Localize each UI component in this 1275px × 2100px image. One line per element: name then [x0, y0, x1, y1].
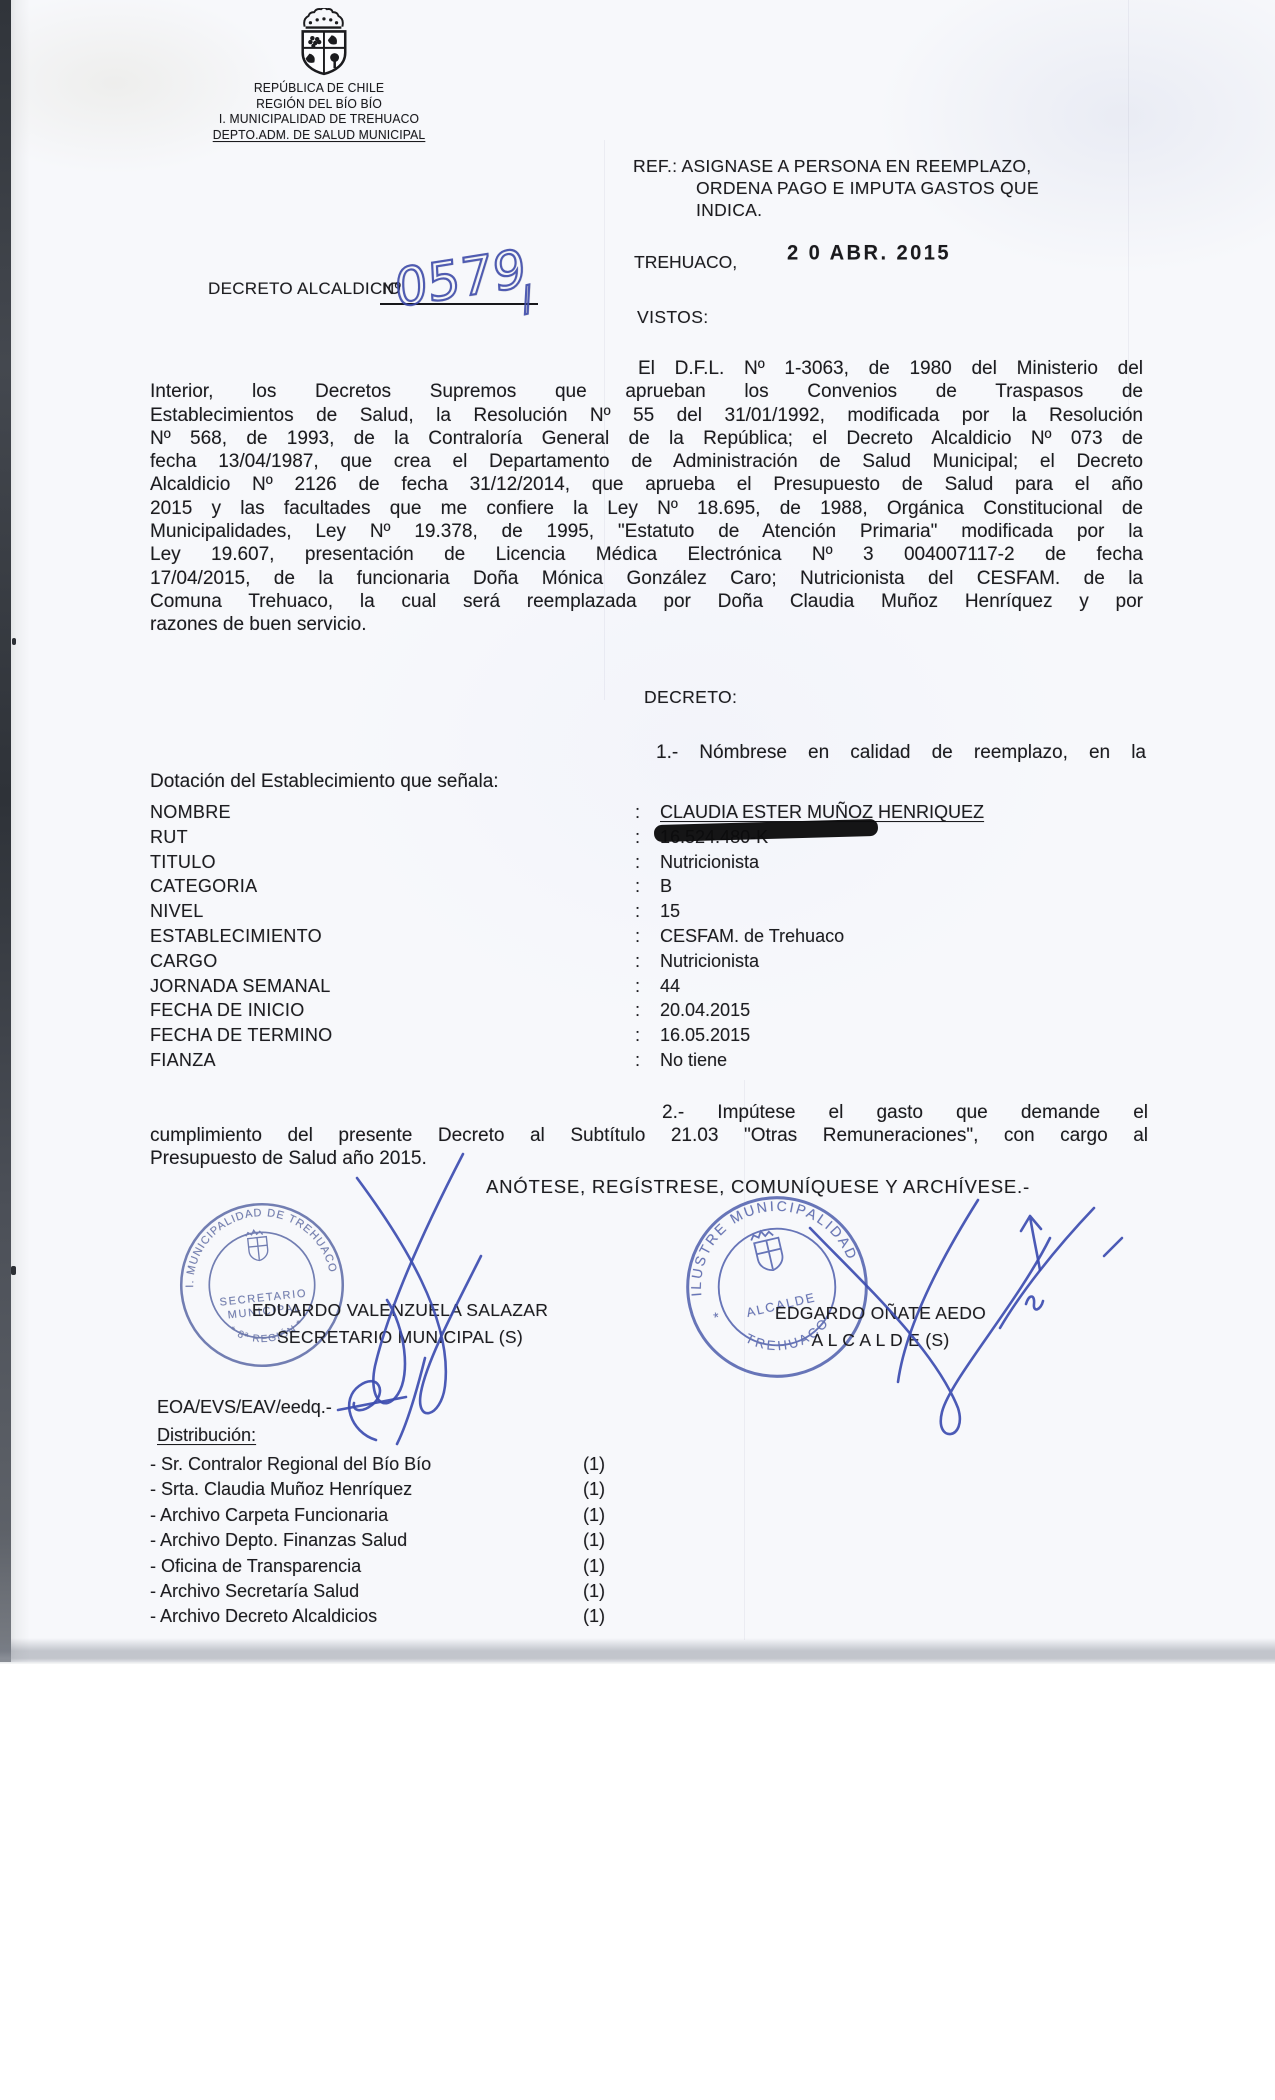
vistos-line: fecha 13/04/1987, que crea el Departamen… — [150, 450, 1143, 473]
table-row: CATEGORIA : B — [150, 874, 1050, 899]
reference-line-2: ORDENA PAGO E IMPUTA GASTOS QUE — [696, 178, 1039, 199]
table-row: ESTABLECIMIENTO : CESFAM. de Trehuaco — [150, 924, 1050, 949]
vistos-line: 17/04/2015, de la funcionaria Doña Mónic… — [150, 567, 1143, 590]
distribution-title: Distribución: — [157, 1425, 256, 1446]
date-stamp: 2 0 ABR. 2015 — [787, 241, 951, 266]
reference-line-3: INDICA. — [696, 200, 762, 221]
vistos-line: 2015 y las facultades que me confiere la… — [150, 497, 1143, 520]
point2-line: cumplimiento del presente Decreto al Sub… — [150, 1124, 1148, 1147]
svg-text:0579: 0579 — [393, 239, 527, 320]
scan-left-edge — [0, 0, 11, 1662]
scan-speck — [11, 1266, 16, 1275]
reference-line-1: REF.: ASIGNASE A PERSONA EN REEMPLAZO, — [633, 156, 1031, 177]
list-item: - Oficina de Transparencia (1) — [150, 1554, 605, 1579]
vistos-paragraph: El D.F.L. Nº 1-3063, de 1980 del Ministe… — [150, 357, 1143, 637]
signature-scribble-initials — [328, 1374, 413, 1449]
point1-line: Dotación del Establecimiento que señala: — [150, 768, 1146, 797]
vistos-label: VISTOS: — [637, 307, 709, 328]
list-item: - Archivo Secretaría Salud (1) — [150, 1579, 605, 1604]
vistos-line: Ley 19.607, presentación de Licencia Méd… — [150, 543, 1143, 566]
assignment-table: NOMBRE : CLAUDIA ESTER MUÑOZ HENRIQUEZ R… — [150, 800, 1050, 1073]
municipal-crest-icon — [294, 8, 352, 80]
table-row: FIANZA : No tiene — [150, 1048, 1050, 1073]
decree-point-1: 1.- Nómbrese en calidad de reemplazo, en… — [150, 739, 1146, 796]
list-item: - Archivo Decreto Alcaldicios (1) — [150, 1604, 605, 1629]
vistos-line: Municipalidades, Ley Nº 19.378, de 1995,… — [150, 520, 1143, 543]
table-row: FECHA DE INICIO : 20.04.2015 — [150, 998, 1050, 1023]
list-item: - Archivo Depto. Finanzas Salud (1) — [150, 1528, 605, 1553]
signature-scribble-right — [782, 1186, 1132, 1451]
point2-line: 2.- Impútese el gasto que demande el — [150, 1101, 1148, 1124]
stamp-crest-icon — [750, 1228, 786, 1274]
vistos-line: Interior, los Decretos Supremos que apru… — [150, 380, 1143, 403]
distribution-list: - Sr. Contralor Regional del Bío Bío (1)… — [150, 1452, 605, 1630]
letterhead-line: REGIÓN DEL BÍO BÍO — [180, 96, 459, 112]
vistos-line: razones de buen servicio. — [150, 613, 1143, 636]
scan-bottom-shadow — [0, 1638, 1275, 1664]
vistos-line: Alcaldicio Nº 2126 de fecha 31/12/2014, … — [150, 473, 1143, 496]
table-row: NOMBRE : CLAUDIA ESTER MUÑOZ HENRIQUEZ — [150, 800, 1050, 825]
point1-line: 1.- Nómbrese en calidad de reemplazo, en… — [150, 739, 1146, 768]
table-row: RUT : 16.524.480-K — [150, 825, 1050, 850]
table-row: NIVEL : 15 — [150, 899, 1050, 924]
table-row: TITULO : Nutricionista — [150, 850, 1050, 875]
list-item: - Srta. Claudia Muñoz Henríquez (1) — [150, 1477, 605, 1502]
decree-title: DECRETO ALCALDICIO — [208, 279, 401, 299]
scan-speck — [12, 638, 16, 645]
table-row: FECHA DE TERMINO : 16.05.2015 — [150, 1023, 1050, 1048]
letterhead: REPÚBLICA DE CHILE REGIÓN DEL BÍO BÍO I.… — [180, 80, 459, 142]
list-item: - Sr. Contralor Regional del Bío Bío (1) — [150, 1452, 605, 1477]
letterhead-line: I. MUNICIPALIDAD DE TREHUACO — [180, 111, 459, 127]
letterhead-line: DEPTO.ADM. DE SALUD MUNICIPAL — [180, 127, 459, 143]
handwritten-decree-number: 0579 / — [392, 234, 550, 316]
vistos-line: Establecimientos de Salud, la Resolución… — [150, 404, 1143, 427]
point2-line: Presupuesto de Salud año 2015. — [150, 1147, 1148, 1170]
table-row: JORNADA SEMANAL : 44 — [150, 974, 1050, 999]
list-item: - Archivo Carpeta Funcionaria (1) — [150, 1503, 605, 1528]
decree-point-2: 2.- Impútese el gasto que demande el cum… — [150, 1101, 1148, 1171]
vistos-line: Nº 568, de 1993, de la Contraloría Gener… — [150, 427, 1143, 450]
decreto-label: DECRETO: — [644, 687, 737, 708]
table-row: CARGO : Nutricionista — [150, 949, 1050, 974]
scanned-document-page: REPÚBLICA DE CHILE REGIÓN DEL BÍO BÍO I.… — [0, 0, 1275, 2100]
vistos-line: Comuna Trehuaco, la cual será reemplazad… — [150, 590, 1143, 613]
letterhead-line: REPÚBLICA DE CHILE — [180, 80, 459, 96]
vistos-line: El D.F.L. Nº 1-3063, de 1980 del Ministe… — [150, 357, 1143, 380]
place-label: TREHUACO, — [634, 252, 737, 273]
